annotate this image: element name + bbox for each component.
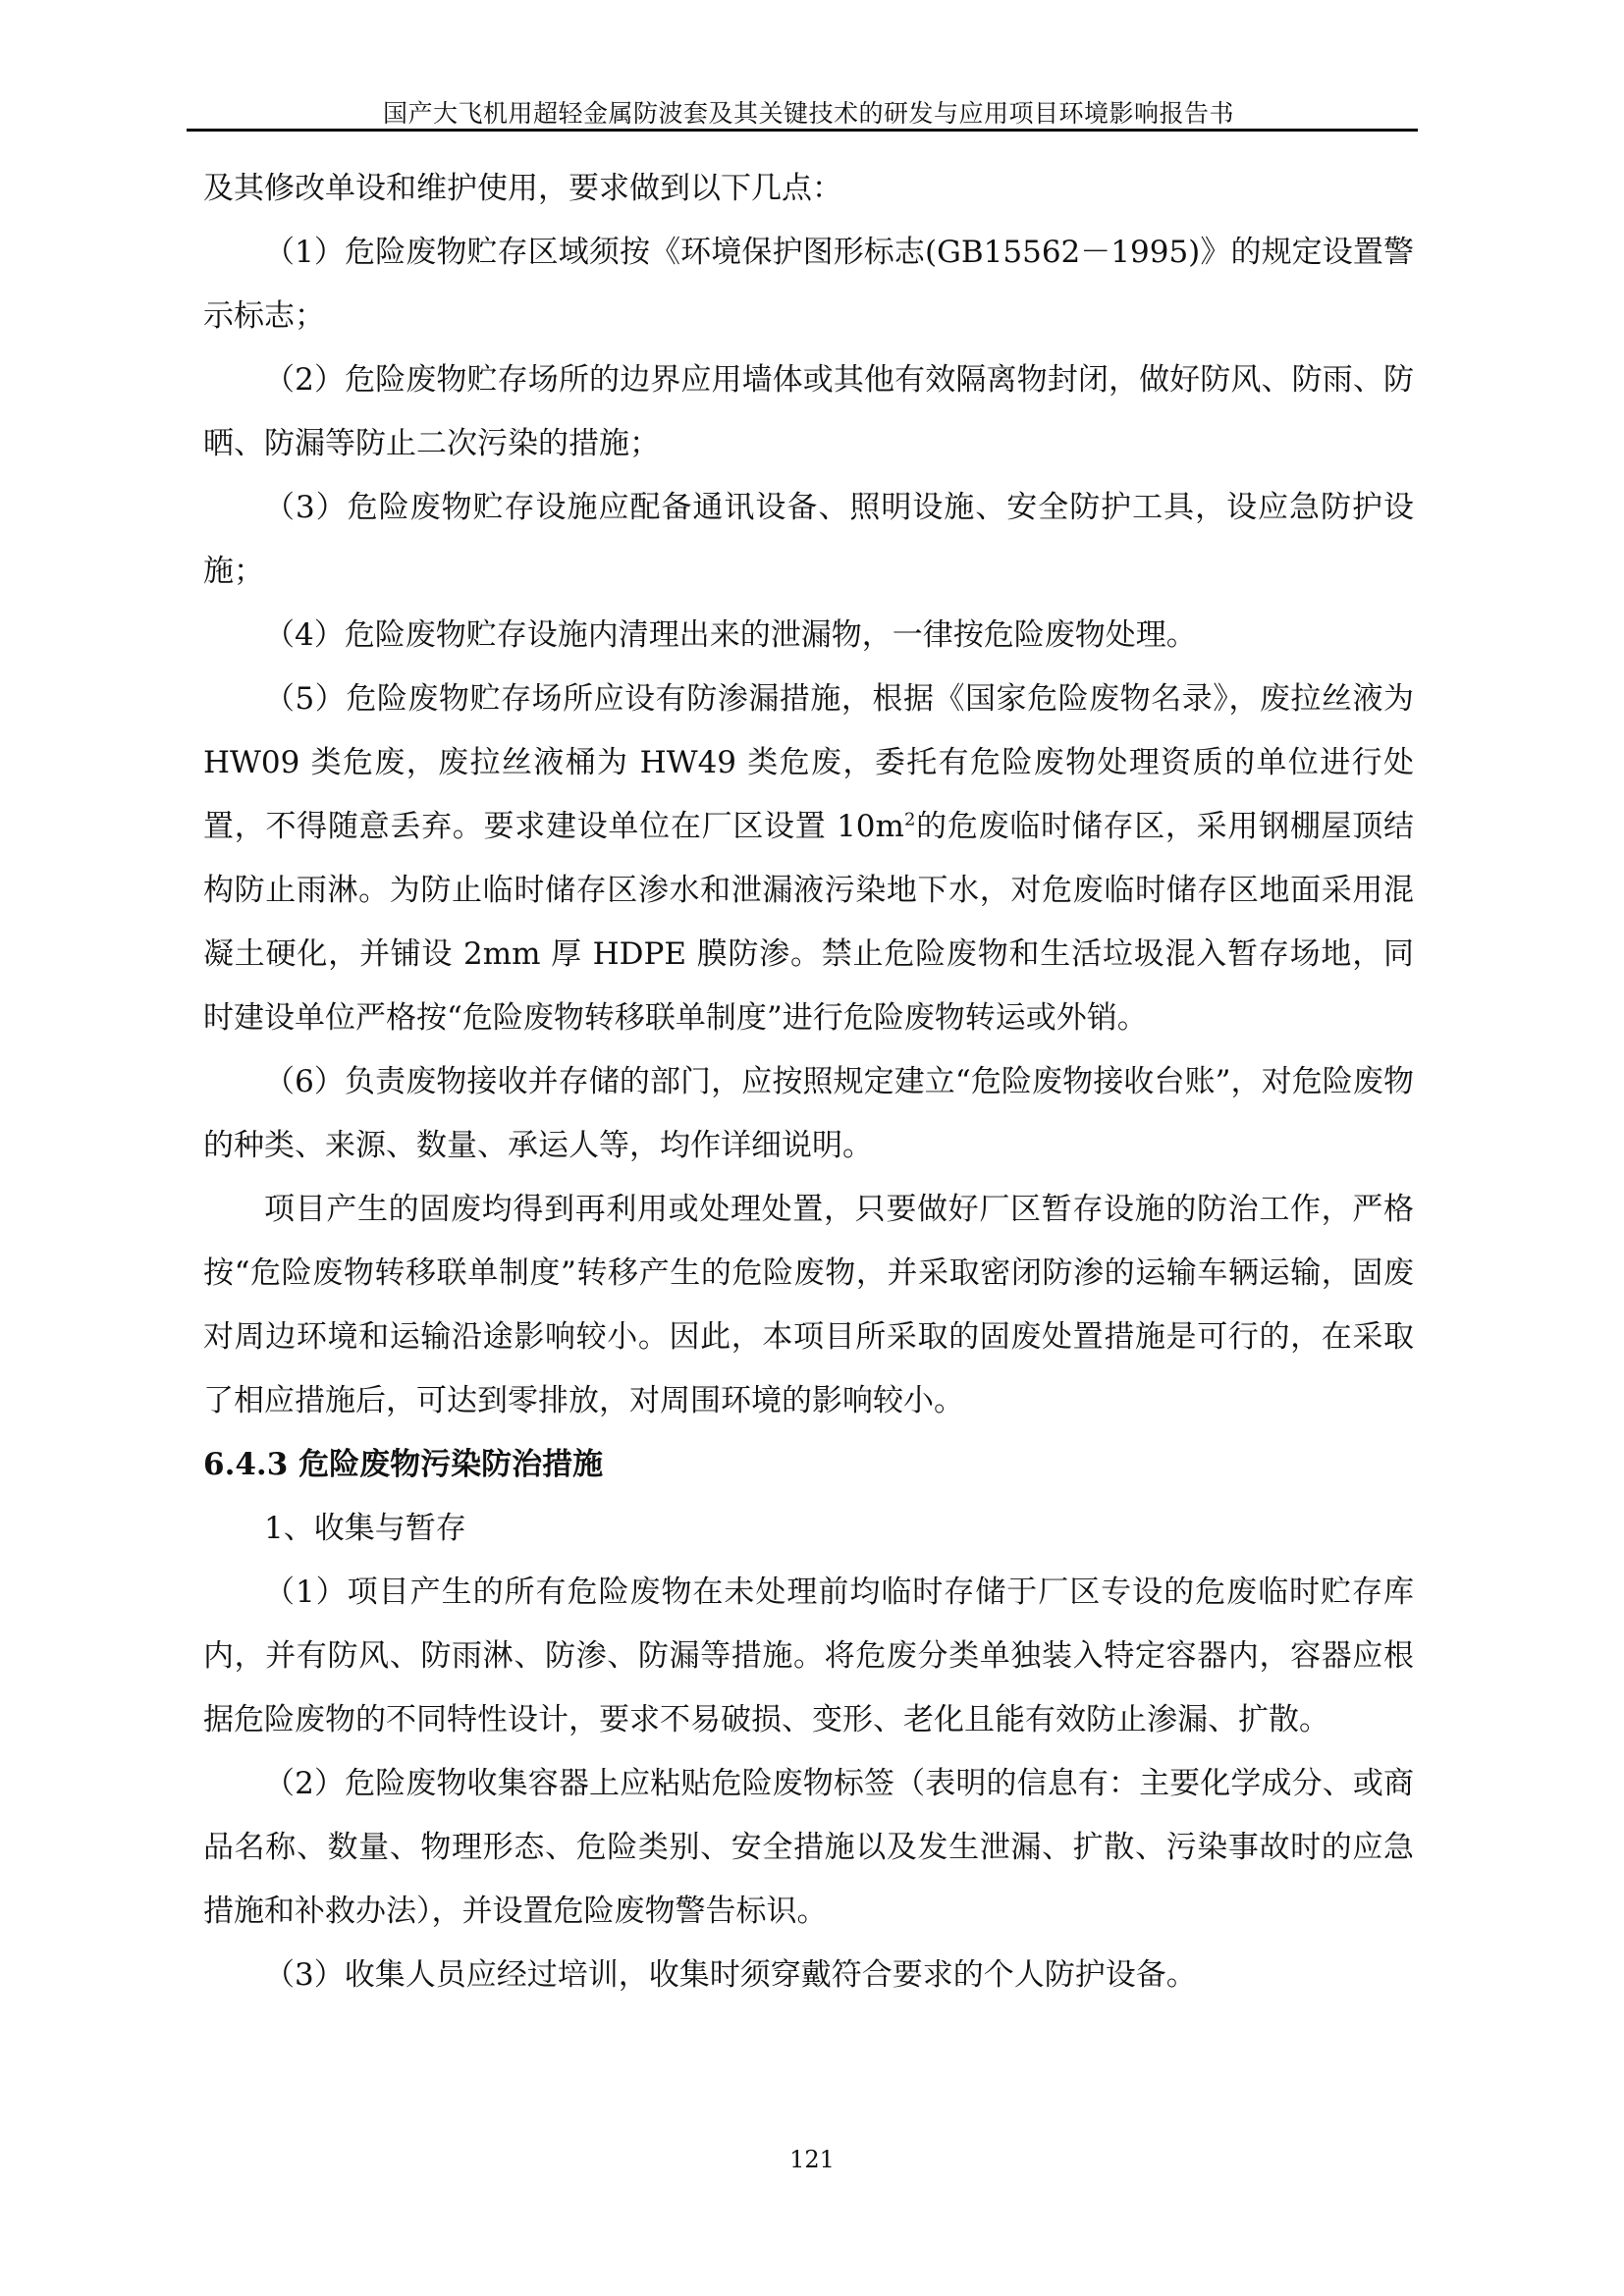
section-paragraph-2: （2）危险废物收集容器上应粘贴危险废物标签（表明的信息有：主要化学成分、或商品名… xyxy=(203,1752,1414,1944)
paragraph-item-5: （5）危险废物贮存场所应设有防渗漏措施，根据《国家危险废物名录》，废拉丝液为 H… xyxy=(203,667,1414,1050)
paragraph-item-4: （4）危险废物贮存设施内清理出来的泄漏物，一律按危险废物处理。 xyxy=(203,604,1414,667)
paragraph-item-6: （6）负责废物接收并存储的部门，应按照规定建立“危险废物接收台账”，对危险废物的… xyxy=(203,1050,1414,1178)
header-divider xyxy=(187,129,1418,132)
paragraph-item-1: （1）危险废物贮存区域须按《环境保护图形标志(GB15562－1995)》的规定… xyxy=(203,221,1414,348)
paragraph-intro: 及其修改单设和维护使用，要求做到以下几点： xyxy=(203,157,1414,221)
paragraph-item-3: （3）危险废物贮存设施应配备通讯设备、照明设施、安全防护工具，设应急防护设施； xyxy=(203,476,1414,604)
superscript: 2 xyxy=(904,810,915,830)
section-paragraph-3: （3）收集人员应经过培训，收集时须穿戴符合要求的个人防护设备。 xyxy=(203,1944,1414,2007)
page-number: 121 xyxy=(0,2146,1624,2173)
section-heading: 6.4.3 危险废物污染防治措施 xyxy=(203,1433,1414,1497)
paragraph-item-2: （2）危险废物贮存场所的边界应用墙体或其他有效隔离物封闭，做好防风、防雨、防晒、… xyxy=(203,348,1414,476)
paragraph-summary: 项目产生的固废均得到再利用或处理处置，只要做好厂区暂存设施的防治工作，严格按“危… xyxy=(203,1178,1414,1433)
subsection-heading: 1、收集与暂存 xyxy=(203,1497,1414,1561)
running-header: 国产大飞机用超轻金属防波套及其关键技术的研发与应用项目环境影响报告书 xyxy=(203,94,1414,130)
section-paragraph-1: （1）项目产生的所有危险废物在未处理前均临时存储于厂区专设的危废临时贮存库内，并… xyxy=(203,1561,1414,1752)
page-body: 及其修改单设和维护使用，要求做到以下几点： （1）危险废物贮存区域须按《环境保护… xyxy=(203,157,1414,2007)
